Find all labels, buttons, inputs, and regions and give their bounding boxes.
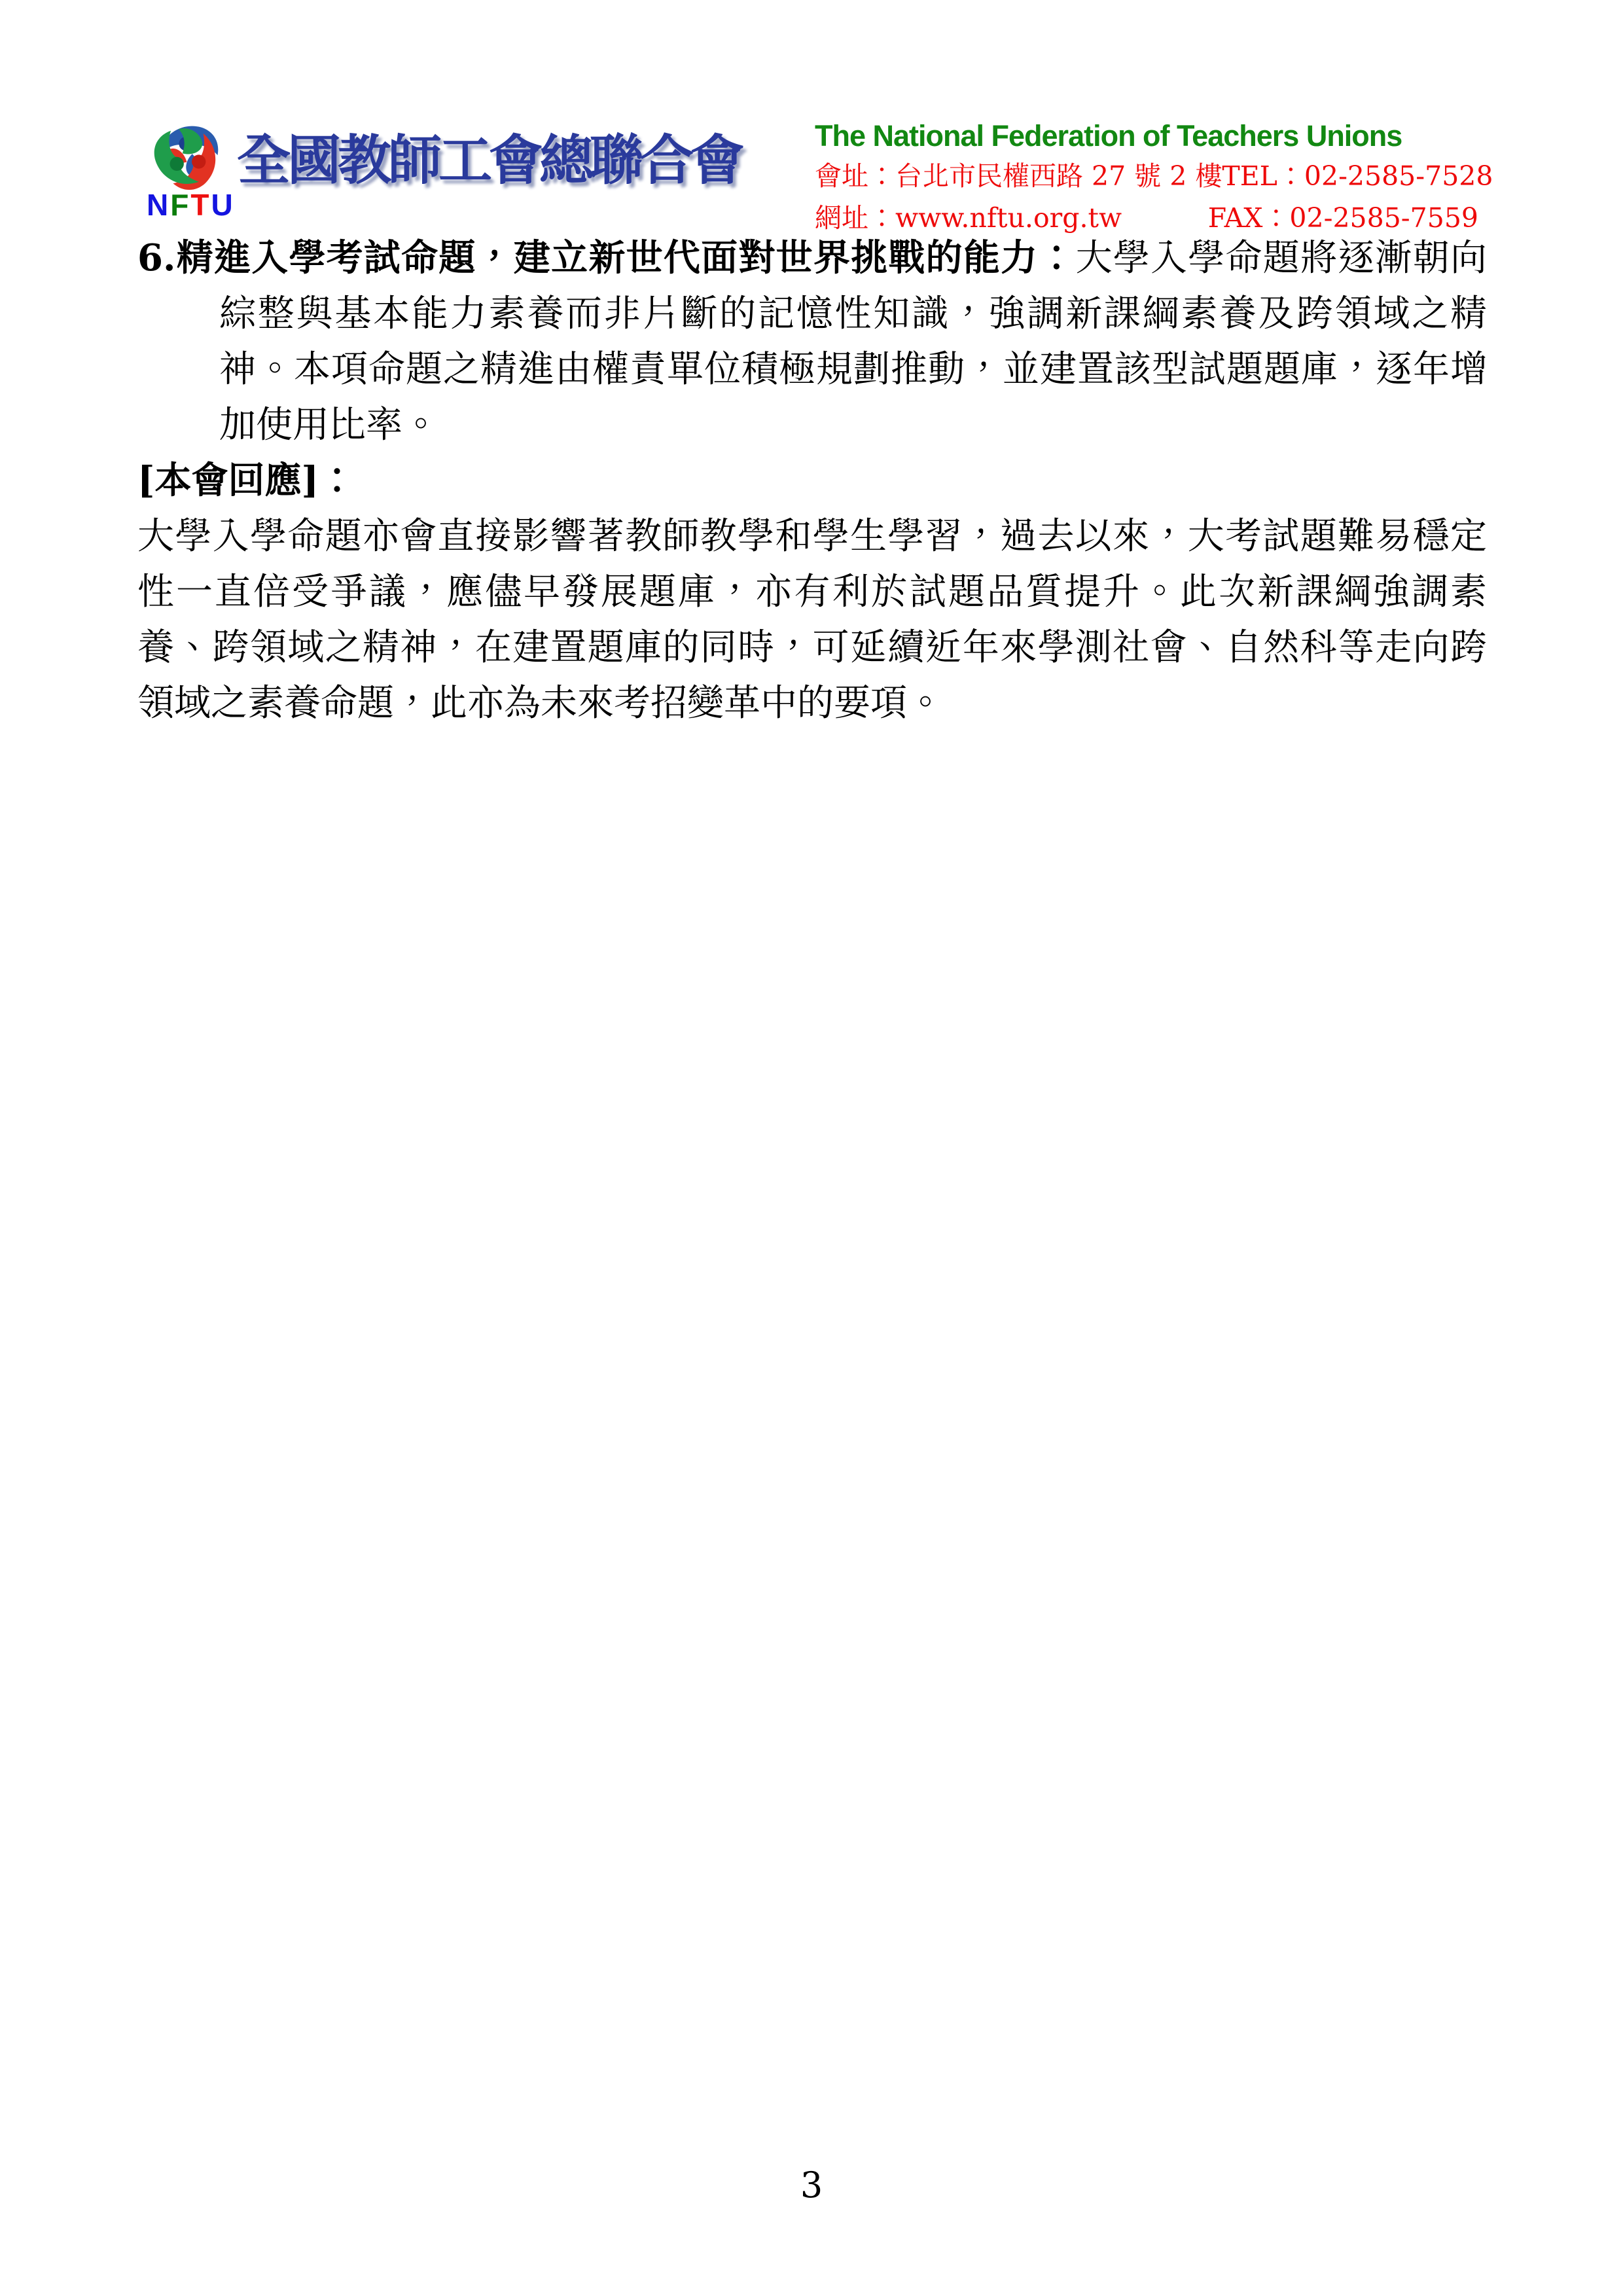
org-name-en: The National Federation of Teachers Unio… — [815, 119, 1478, 153]
item6-paragraph: 6.精進入學考試命題，建立新世代面對世界挑戰的能力：大學入學命題將逐漸朝向綜整與… — [137, 230, 1487, 453]
nftu-triskelion-icon — [148, 117, 226, 196]
page-number: 3 — [0, 2168, 1623, 2203]
document-page: NFTU 全國教師工會總聯合會 The National Federation … — [0, 0, 1623, 2296]
header-contact-block: The National Federation of Teachers Unio… — [815, 119, 1478, 235]
wordmark-letter: T — [190, 188, 211, 222]
document-body: 6.精進入學考試命題，建立新世代面對世界挑戰的能力：大學入學命題將逐漸朝向綜整與… — [137, 230, 1487, 731]
nftu-logo: NFTU — [148, 117, 246, 228]
wordmark-letter: U — [211, 188, 234, 222]
item6-bold-title: 精進入學考試命題，建立新世代面對世界挑戰的能力： — [175, 236, 1075, 279]
item6-number-and-title: 6.精進入學考試命題，建立新世代面對世界挑戰的能力： — [137, 236, 1076, 279]
address-line: 會址：台北市民權西路 27 號 2 樓 — [815, 159, 1222, 193]
calligraphy-title: 全國教師工會總聯合會 — [237, 124, 747, 196]
response-paragraph: 大學入學命題亦會直接影響著教師教學和學生學習，過去以來，大考試題難易穩定性一直倍… — [137, 509, 1487, 731]
contact-row-1: 會址：台北市民權西路 27 號 2 樓 TEL：02-2585-7528 — [815, 159, 1478, 193]
nftu-wordmark: NFTU — [147, 190, 235, 220]
wordmark-letter: N — [147, 188, 170, 222]
tel-line: TEL：02-2585-7528 — [1222, 159, 1493, 193]
wordmark-letter: F — [170, 188, 190, 222]
response-heading: [本會回應]： — [137, 453, 1487, 509]
item6-number: 6. — [137, 236, 175, 279]
